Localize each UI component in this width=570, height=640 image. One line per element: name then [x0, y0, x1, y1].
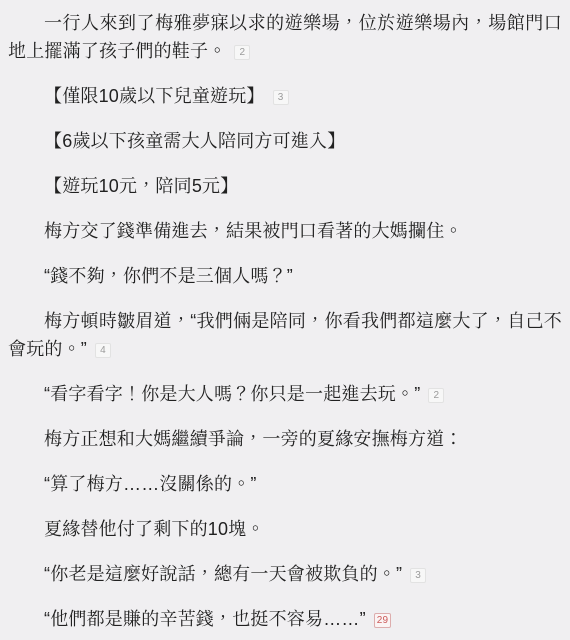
comment-count-badge[interactable]: 29	[374, 613, 392, 628]
comment-count-badge[interactable]: 3	[410, 568, 426, 583]
paragraph-text: 【6歲以下孩童需大人陪同方可進入】	[44, 131, 345, 151]
paragraph: 【僅限10歲以下兒童遊玩】3	[8, 82, 562, 110]
paragraph: 【6歲以下孩童需大人陪同方可進入】	[8, 127, 562, 155]
comment-count-badge[interactable]: 3	[273, 90, 289, 105]
paragraph: 梅方交了錢準備進去，結果被門口看著的大媽攔住。	[8, 217, 562, 245]
paragraph: “錢不夠，你們不是三個人嗎？”	[8, 262, 562, 290]
chapter-text-area: 一行人來到了梅雅夢寐以求的遊樂場，位於遊樂場內，場館門口地上擺滿了孩子們的鞋子。…	[0, 0, 570, 640]
paragraph-text: “你老是這麼好說話，總有一天會被欺負的。”	[44, 564, 402, 584]
paragraph: 梅方頓時皺眉道，“我們倆是陪同，你看我們都這麼大了，自己不會玩的。”4	[8, 307, 562, 363]
paragraph-text: 【僅限10歲以下兒童遊玩】	[44, 86, 265, 106]
paragraph: 一行人來到了梅雅夢寐以求的遊樂場，位於遊樂場內，場館門口地上擺滿了孩子們的鞋子。…	[8, 9, 562, 65]
comment-count-badge[interactable]: 4	[95, 343, 111, 358]
paragraph: “他們都是賺的辛苦錢，也挺不容易……”29	[8, 605, 562, 633]
paragraph-text: 梅方頓時皺眉道，“我們倆是陪同，你看我們都這麼大了，自己不會玩的。”	[8, 311, 562, 359]
paragraph-text: “錢不夠，你們不是三個人嗎？”	[44, 266, 293, 286]
paragraph: “看字看字！你是大人嗎？你只是一起進去玩。”2	[8, 380, 562, 408]
paragraph: 夏緣替他付了剩下的10塊。	[8, 515, 562, 543]
paragraph-text: “他們都是賺的辛苦錢，也挺不容易……”	[44, 609, 366, 629]
paragraph: “你老是這麼好說話，總有一天會被欺負的。”3	[8, 560, 562, 588]
paragraph-text: 梅方交了錢準備進去，結果被門口看著的大媽攔住。	[44, 221, 463, 241]
comment-count-badge[interactable]: 2	[234, 45, 250, 60]
paragraph-text: 梅方正想和大媽繼續爭論，一旁的夏緣安撫梅方道：	[44, 429, 463, 449]
paragraph-text: “看字看字！你是大人嗎？你只是一起進去玩。”	[44, 384, 420, 404]
paragraph: 【遊玩10元，陪同5元】	[8, 172, 562, 200]
paragraph: 梅方正想和大媽繼續爭論，一旁的夏緣安撫梅方道：	[8, 425, 562, 453]
paragraph-text: 【遊玩10元，陪同5元】	[44, 176, 238, 196]
paragraph-text: “算了梅方……沒關係的。”	[44, 474, 257, 494]
paragraph: “算了梅方……沒關係的。”	[8, 470, 562, 498]
paragraph-text: 夏緣替他付了剩下的10塊。	[44, 519, 265, 539]
paragraph-text: 一行人來到了梅雅夢寐以求的遊樂場，位於遊樂場內，場館門口地上擺滿了孩子們的鞋子。	[8, 13, 562, 61]
comment-count-badge[interactable]: 2	[428, 388, 444, 403]
